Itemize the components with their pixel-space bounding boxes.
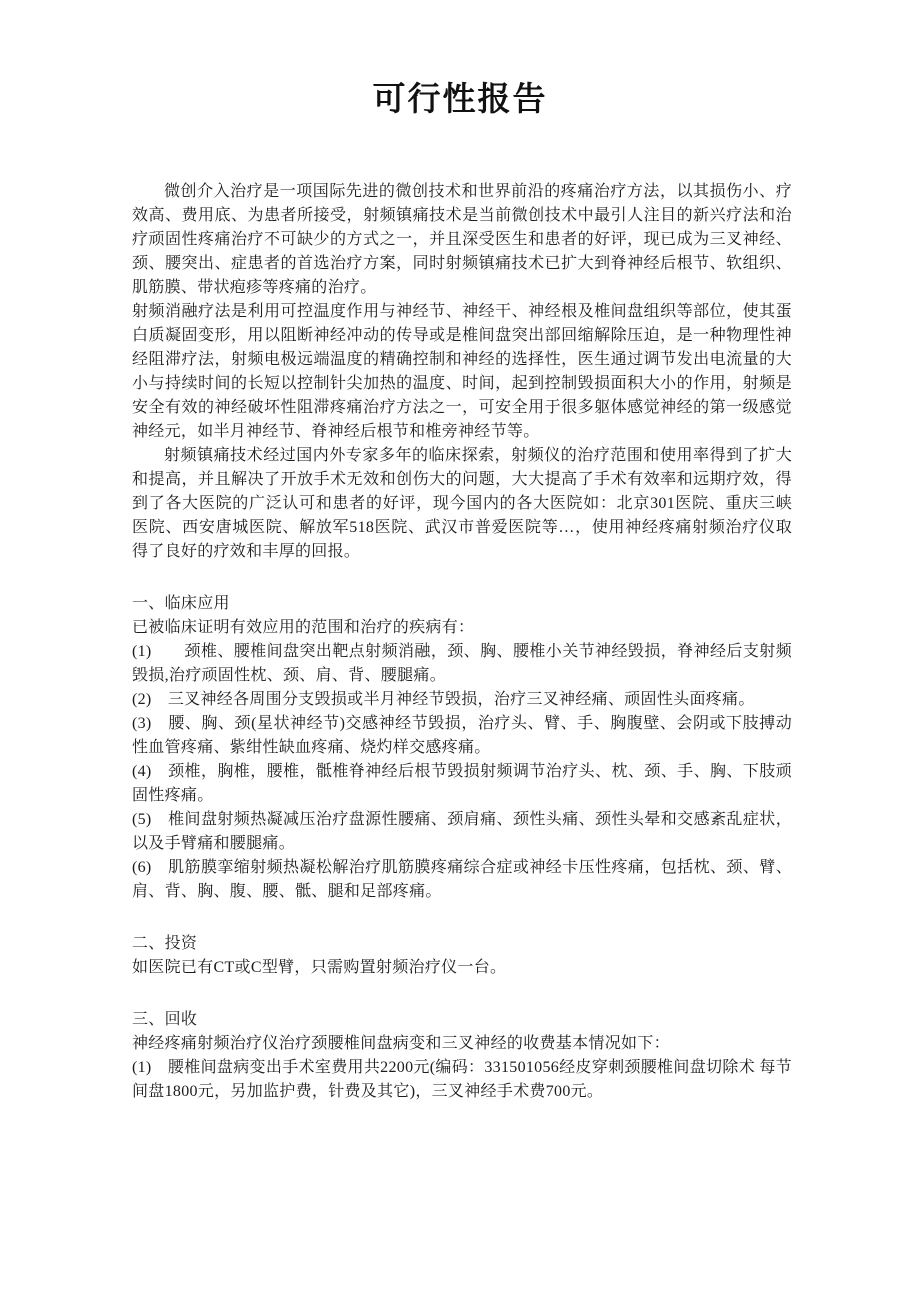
list-item: (1) 颈椎、腰椎间盘突出靶点射频消融，颈、胸、腰椎小关节神经毁损，脊神经后支射… [132, 640, 792, 688]
intro-paragraph-2: 射频消融疗法是利用可控温度作用与神经节、神经干、神经根及椎间盘组织等部位，使其蛋… [132, 300, 792, 444]
document-body: 微创介入治疗是一项国际先进的微创技术和世界前沿的疼痛治疗方法，以其损伤小、疗效高… [132, 180, 792, 1104]
section-intro-clinical-application: 已被临床证明有效应用的范围和治疗的疾病有： [132, 616, 792, 640]
list-item: (1) 腰椎间盘病变出手术室费用共2200元(编码：331501056经皮穿刺颈… [132, 1056, 792, 1104]
section-return: 三、回收 神经疼痛射频治疗仪治疗颈腰椎间盘病变和三叉神经的收费基本情况如下： (… [132, 1008, 792, 1104]
intro-paragraph-1: 微创介入治疗是一项国际先进的微创技术和世界前沿的疼痛治疗方法，以其损伤小、疗效高… [132, 180, 792, 300]
document-page: 可行性报告 微创介入治疗是一项国际先进的微创技术和世界前沿的疼痛治疗方法，以其损… [0, 0, 920, 1302]
list-item: (5) 椎间盘射频热凝减压治疗盘源性腰痛、颈肩痛、颈性头痛、颈性头晕和交感紊乱症… [132, 808, 792, 856]
section-investment: 二、投资 如医院已有CT或C型臂，只需购置射频治疗仪一台。 [132, 932, 792, 980]
list-item: (6) 肌筋膜挛缩射频热凝松解治疗肌筋膜疼痛综合症或神经卡压性疼痛，包括枕、颈、… [132, 856, 792, 904]
list-item: (4) 颈椎，胸椎，腰椎，骶椎脊神经后根节毁损射频调节治疗头、枕、颈、手、胸、下… [132, 760, 792, 808]
section-heading-clinical-application: 一、临床应用 [132, 592, 792, 616]
section-heading-return: 三、回收 [132, 1008, 792, 1032]
document-title: 可行性报告 [0, 0, 920, 120]
list-item: (2) 三叉神经各周围分支毁损或半月神经节毁损，治疗三叉神经痛、顽固性头面疼痛。 [132, 688, 792, 712]
section-clinical-application: 一、临床应用 已被临床证明有效应用的范围和治疗的疾病有： (1) 颈椎、腰椎间盘… [132, 592, 792, 904]
list-item: (3) 腰、胸、颈(星状神经节)交感神经节毁损，治疗头、臂、手、胸腹壁、会阴或下… [132, 712, 792, 760]
section-heading-investment: 二、投资 [132, 932, 792, 956]
section-intro-investment: 如医院已有CT或C型臂，只需购置射频治疗仪一台。 [132, 956, 792, 980]
section-intro-return: 神经疼痛射频治疗仪治疗颈腰椎间盘病变和三叉神经的收费基本情况如下： [132, 1032, 792, 1056]
intro-paragraph-3: 射频镇痛技术经过国内外专家多年的临床探索，射频仪的治疗范围和使用率得到了扩大和提… [132, 444, 792, 564]
